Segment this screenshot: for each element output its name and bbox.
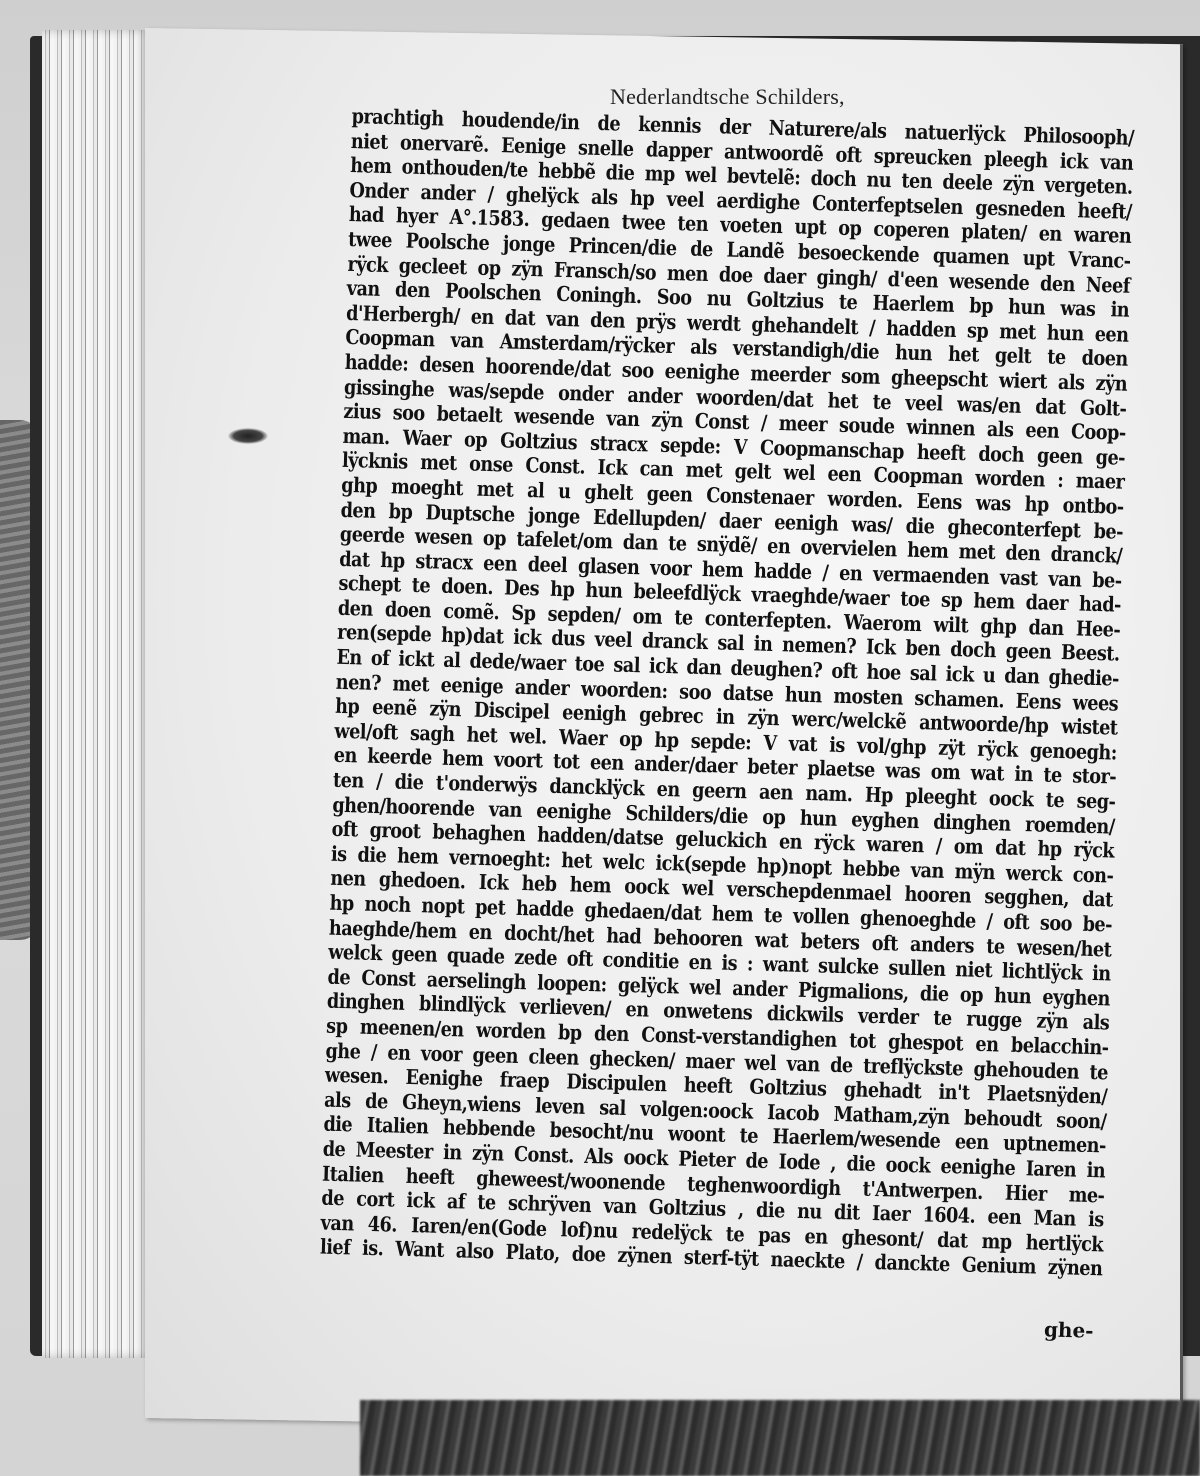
running-head: Nederlandtsche Schilders, xyxy=(610,84,845,110)
cloth-bottom xyxy=(360,1400,1200,1476)
text-block: prachtigh houdende/in de kennis der Natu… xyxy=(320,104,1134,1281)
catchword: ghe- xyxy=(1044,1317,1094,1342)
page-edge xyxy=(1180,44,1183,1434)
page-edges xyxy=(42,30,150,1358)
ink-smudge xyxy=(228,428,268,444)
